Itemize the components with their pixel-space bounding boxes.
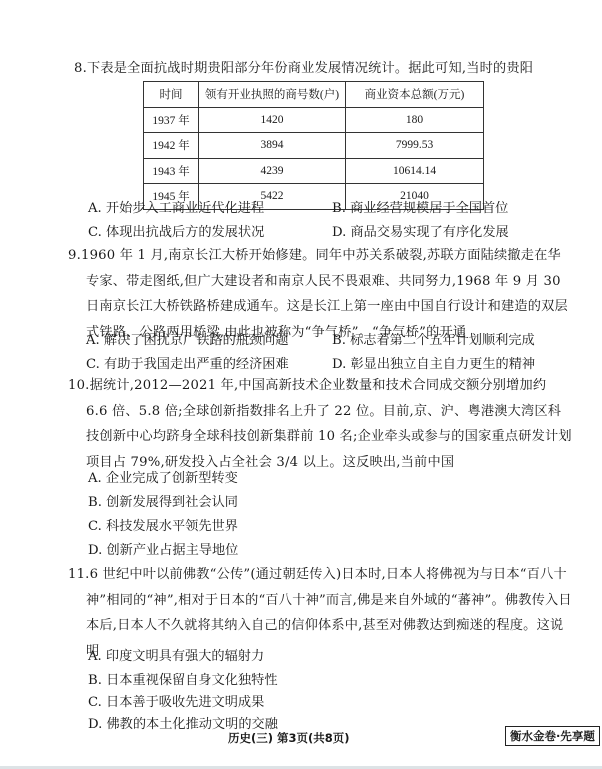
option-c: C. 体现出抗战后方的发展状况 xyxy=(88,223,264,243)
commerce-stats-table: 时间 领有开业执照的商号数(户) 商业资本总额(万元) 1937 年 1420 … xyxy=(143,81,484,210)
table-header-row: 时间 领有开业执照的商号数(户) 商业资本总额(万元) xyxy=(144,82,484,108)
question-stem: 6 世纪中叶以前佛教“公传”(通过朝廷传入)日本时,日本人将佛视为与日本“百八十… xyxy=(86,567,572,659)
table-cell: 4239 xyxy=(199,158,346,184)
option-b: B. 商业经营规模居于全国首位 xyxy=(332,199,508,219)
question-8: 8.下表是全面抗战时期贵阳部分年份商业发展情况统计。据此可知,当时的贵阳 xyxy=(74,56,554,82)
question-number: 9. xyxy=(68,248,81,263)
option-d: D. 彰显出独立自主自力更生的精神 xyxy=(332,355,535,375)
question-number: 8. xyxy=(74,61,87,76)
option-c: C. 有助于我国走出严重的经济困难 xyxy=(86,355,289,375)
question-9: 9.1960 年 1 月,南京长江大桥开始修建。同年中苏关系破裂,苏联方面陆续撤… xyxy=(68,243,572,345)
table-cell: 10614.14 xyxy=(346,158,484,184)
brand-label: 衡水金卷·先享题 xyxy=(505,726,600,746)
table-header: 时间 xyxy=(144,82,199,108)
option-b: B. 日本重视保留自身文化独特性 xyxy=(88,671,278,691)
table-header: 领有开业执照的商号数(户) xyxy=(199,82,346,108)
option-b: B. 标志着第二个五年计划顺利完成 xyxy=(332,331,535,351)
question-stem: 1960 年 1 月,南京长江大桥开始修建。同年中苏关系破裂,苏联方面陆续撤走在… xyxy=(81,248,568,340)
option-a: A. 印度文明具有强大的辐射力 xyxy=(88,647,264,667)
question-stem: 据统计,2012—2021 年,中国高新技术企业数量和技术合同成交额分别增加约 … xyxy=(86,378,572,470)
question-stem: 下表是全面抗战时期贵阳部分年份商业发展情况统计。据此可知,当时的贵阳 xyxy=(87,61,533,76)
table-row: 1943 年 4239 10614.14 xyxy=(144,158,484,184)
table-row: 1942 年 3894 7999.53 xyxy=(144,133,484,159)
table-cell: 1420 xyxy=(199,107,346,133)
option-b: B. 创新发展得到社会认同 xyxy=(88,493,238,513)
page-number: 历史(三) 第3页(共8页) xyxy=(228,730,350,746)
table-cell: 1942 年 xyxy=(144,133,199,159)
option-c: C. 科技发展水平领先世界 xyxy=(88,517,238,537)
option-a: A. 开始步入工商业近代化进程 xyxy=(88,199,264,219)
table-cell: 7999.53 xyxy=(346,133,484,159)
table-cell: 3894 xyxy=(199,133,346,159)
table-header: 商业资本总额(万元) xyxy=(346,82,484,108)
option-d: D. 创新产业占据主导地位 xyxy=(88,541,238,561)
option-a: A. 企业完成了创新型转变 xyxy=(88,469,238,489)
question-number: 10. xyxy=(68,378,90,393)
option-a: A. 解决了困扰京广铁路的瓶颈问题 xyxy=(86,331,289,351)
table-cell: 1937 年 xyxy=(144,107,199,133)
table-cell: 1943 年 xyxy=(144,158,199,184)
question-10: 10.据统计,2012—2021 年,中国高新技术企业数量和技术合同成交额分别增… xyxy=(68,373,572,475)
option-c: C. 日本善于吸收先进文明成果 xyxy=(88,693,264,713)
question-number: 11. xyxy=(68,567,90,582)
table-row: 1937 年 1420 180 xyxy=(144,107,484,133)
table-cell: 180 xyxy=(346,107,484,133)
option-d: D. 商品交易实现了有序化发展 xyxy=(332,223,509,243)
